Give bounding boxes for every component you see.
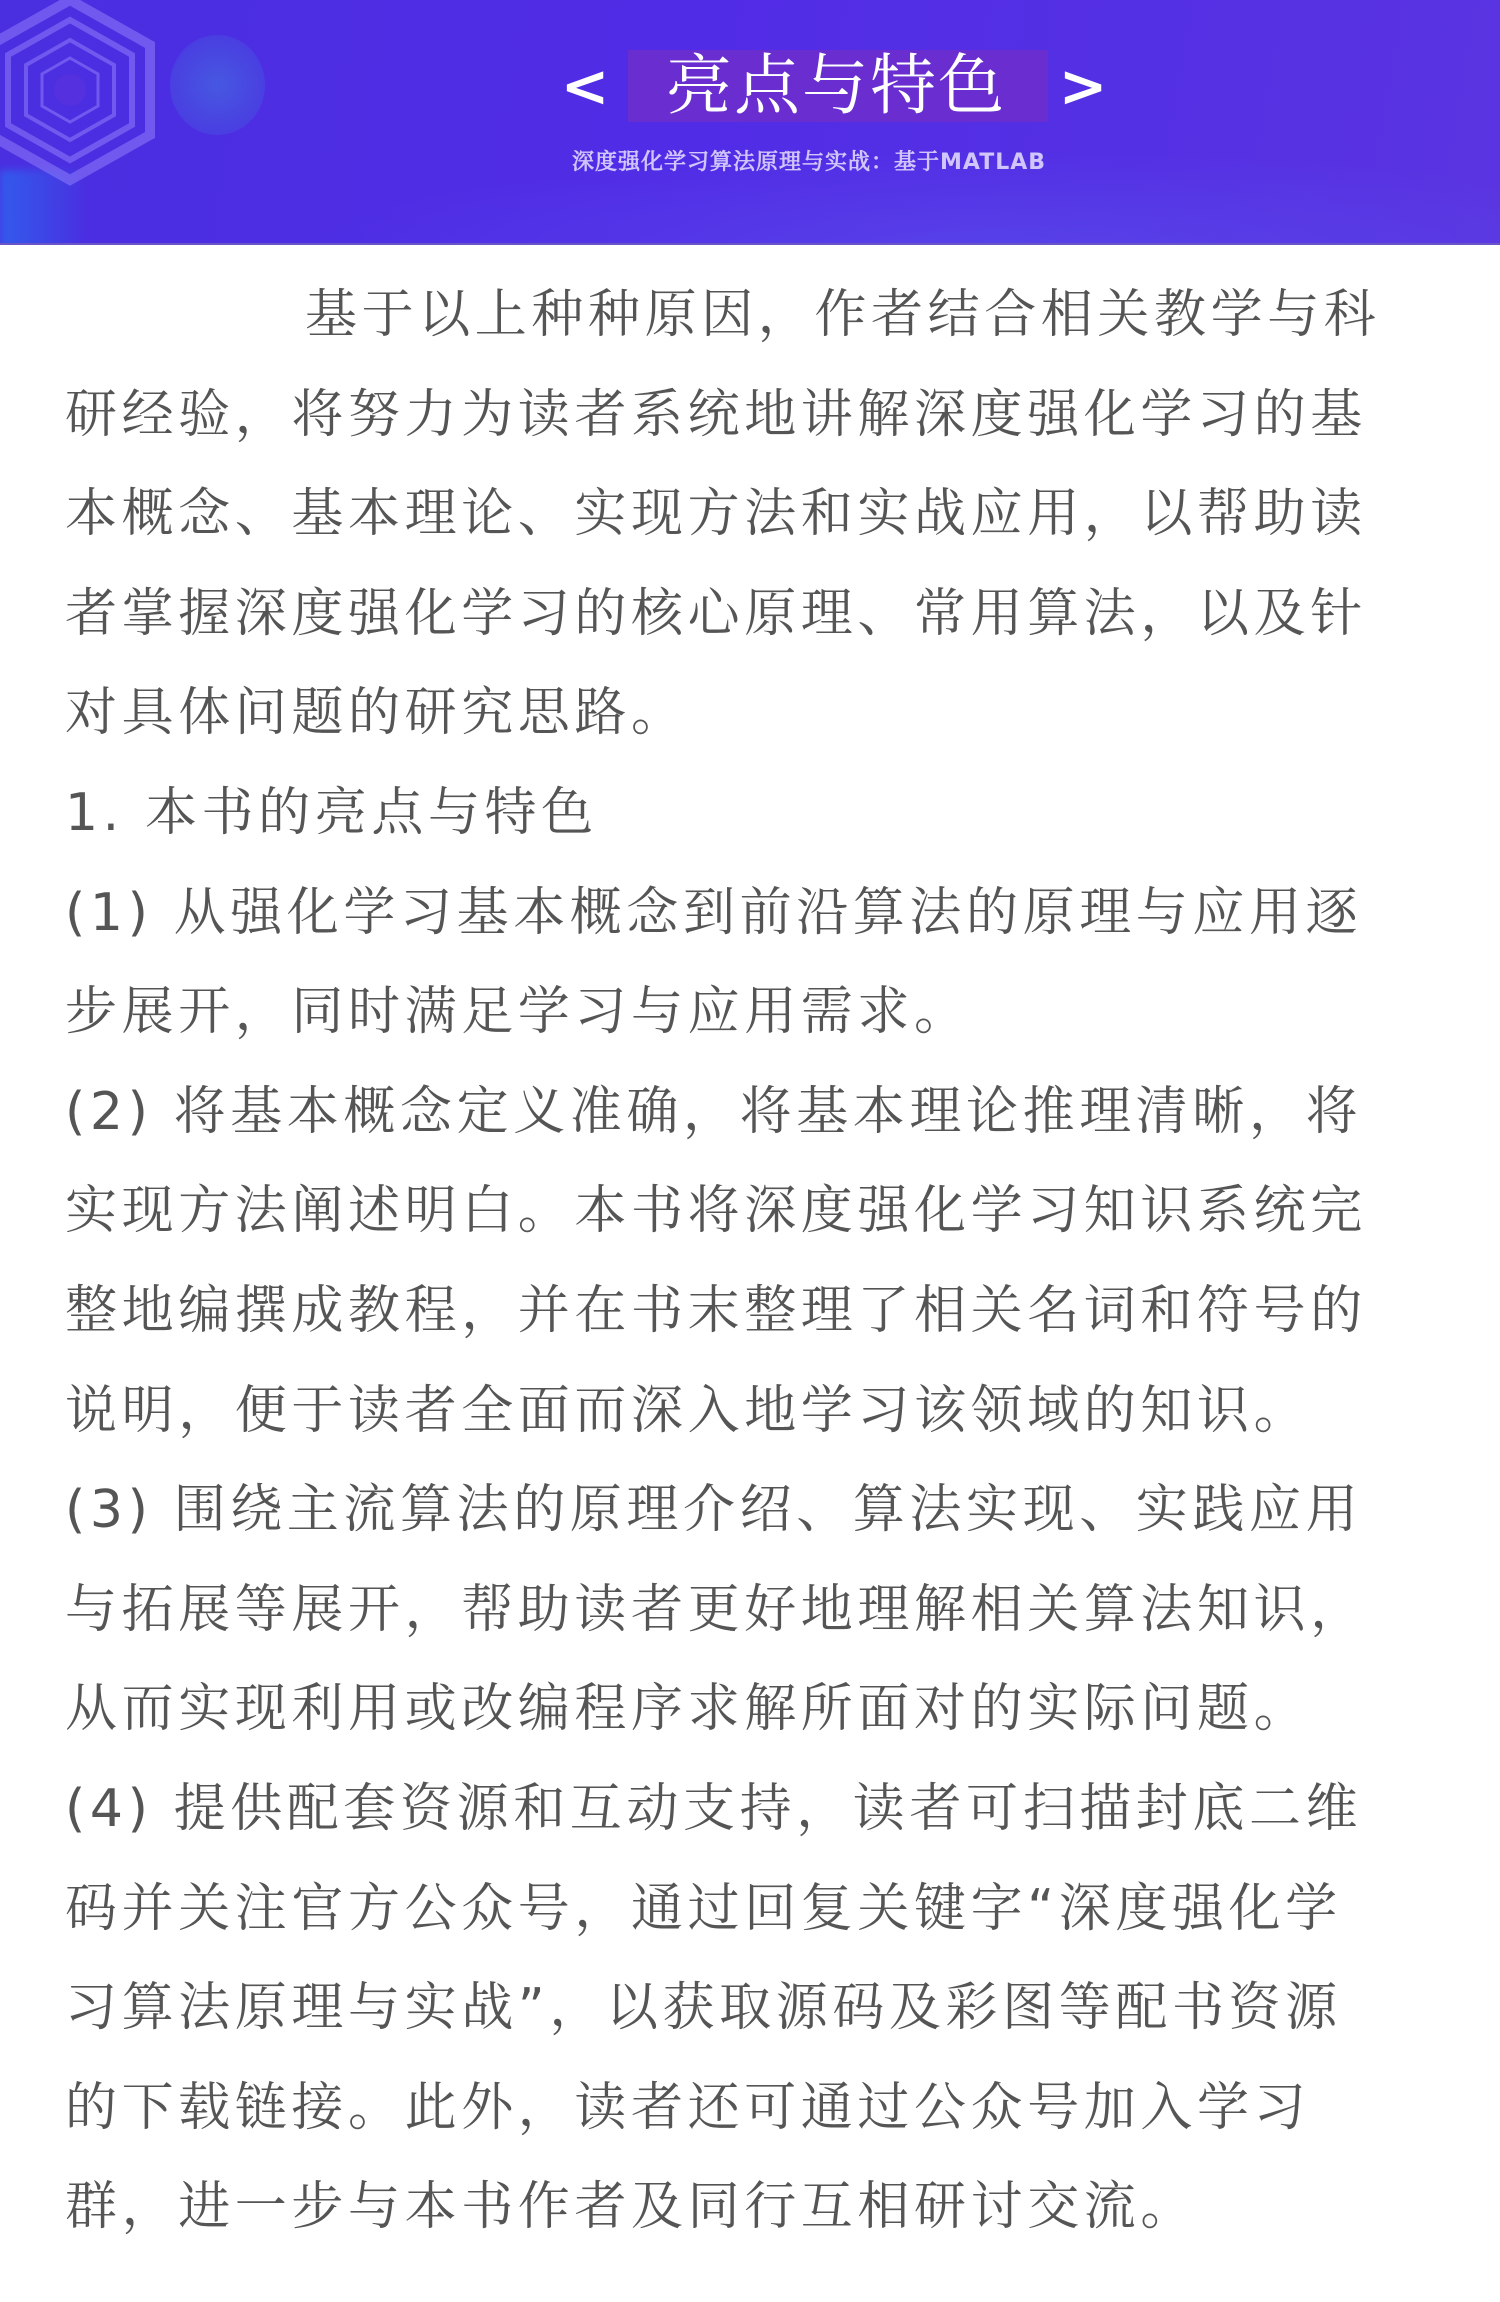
- book-subtitle: 深度强化学习算法原理与实战：基于MATLAB: [572, 145, 1112, 176]
- text-line: 者掌握深度强化学习的核心原理、常用算法，以及针: [65, 565, 1435, 665]
- title-box: 亮点与特色: [628, 50, 1048, 122]
- article-body: 基于以上种种原因，作者结合相关教学与科 研经验，将努力为读者系统地讲解深度强化学…: [65, 266, 1435, 2258]
- list-item-2: (2) 将基本概念定义准确，将基本理论推理清晰，将: [65, 1063, 1435, 1163]
- text-line: 从而实现利用或改编程序求解所面对的实际问题。: [65, 1660, 1435, 1760]
- text-line: 说明，便于读者全面而深入地学习该领域的知识。: [65, 1362, 1435, 1462]
- text-line: 习算法原理与实战”，以获取源码及彩图等配书资源: [65, 1959, 1435, 2059]
- hexagon-decoration-icon: [0, 0, 170, 210]
- text-line: 本概念、基本理论、实现方法和实战应用，以帮助读: [65, 465, 1435, 565]
- header-banner: < 亮点与特色 > 深度强化学习算法原理与实战：基于MATLAB: [0, 0, 1500, 245]
- text-line: 基于以上种种原因，作者结合相关教学与科: [65, 266, 1435, 366]
- title-row: < 亮点与特色 >: [560, 50, 1108, 122]
- text-line: 步展开，同时满足学习与应用需求。: [65, 963, 1435, 1063]
- text-line: 的下载链接。此外，读者还可通过公众号加入学习: [65, 2059, 1435, 2159]
- left-chevron-icon: <: [560, 50, 610, 122]
- text-line: 整地编撰成教程，并在书末整理了相关名词和符号的: [65, 1262, 1435, 1362]
- circle-decoration: [170, 35, 265, 135]
- text-line: 研经验，将努力为读者系统地讲解深度强化学习的基: [65, 366, 1435, 466]
- section-heading: 1. 本书的亮点与特色: [65, 764, 1435, 864]
- text-line: 码并关注官方公众号，通过回复关键字“深度强化学: [65, 1860, 1435, 1960]
- page-title: 亮点与特色: [666, 50, 1006, 122]
- right-chevron-icon: >: [1058, 50, 1108, 122]
- list-item-1: (1) 从强化学习基本概念到前沿算法的原理与应用逐: [65, 864, 1435, 964]
- text-line: 实现方法阐述明白。本书将深度强化学习知识系统完: [65, 1162, 1435, 1262]
- text-line: 与拓展等展开，帮助读者更好地理解相关算法知识，: [65, 1561, 1435, 1661]
- text-line: 群，进一步与本书作者及同行互相研讨交流。: [65, 2158, 1435, 2258]
- list-item-4: (4) 提供配套资源和互动支持，读者可扫描封底二维: [65, 1760, 1435, 1860]
- list-item-3: (3) 围绕主流算法的原理介绍、算法实现、实践应用: [65, 1461, 1435, 1561]
- text-line: 对具体问题的研究思路。: [65, 664, 1435, 764]
